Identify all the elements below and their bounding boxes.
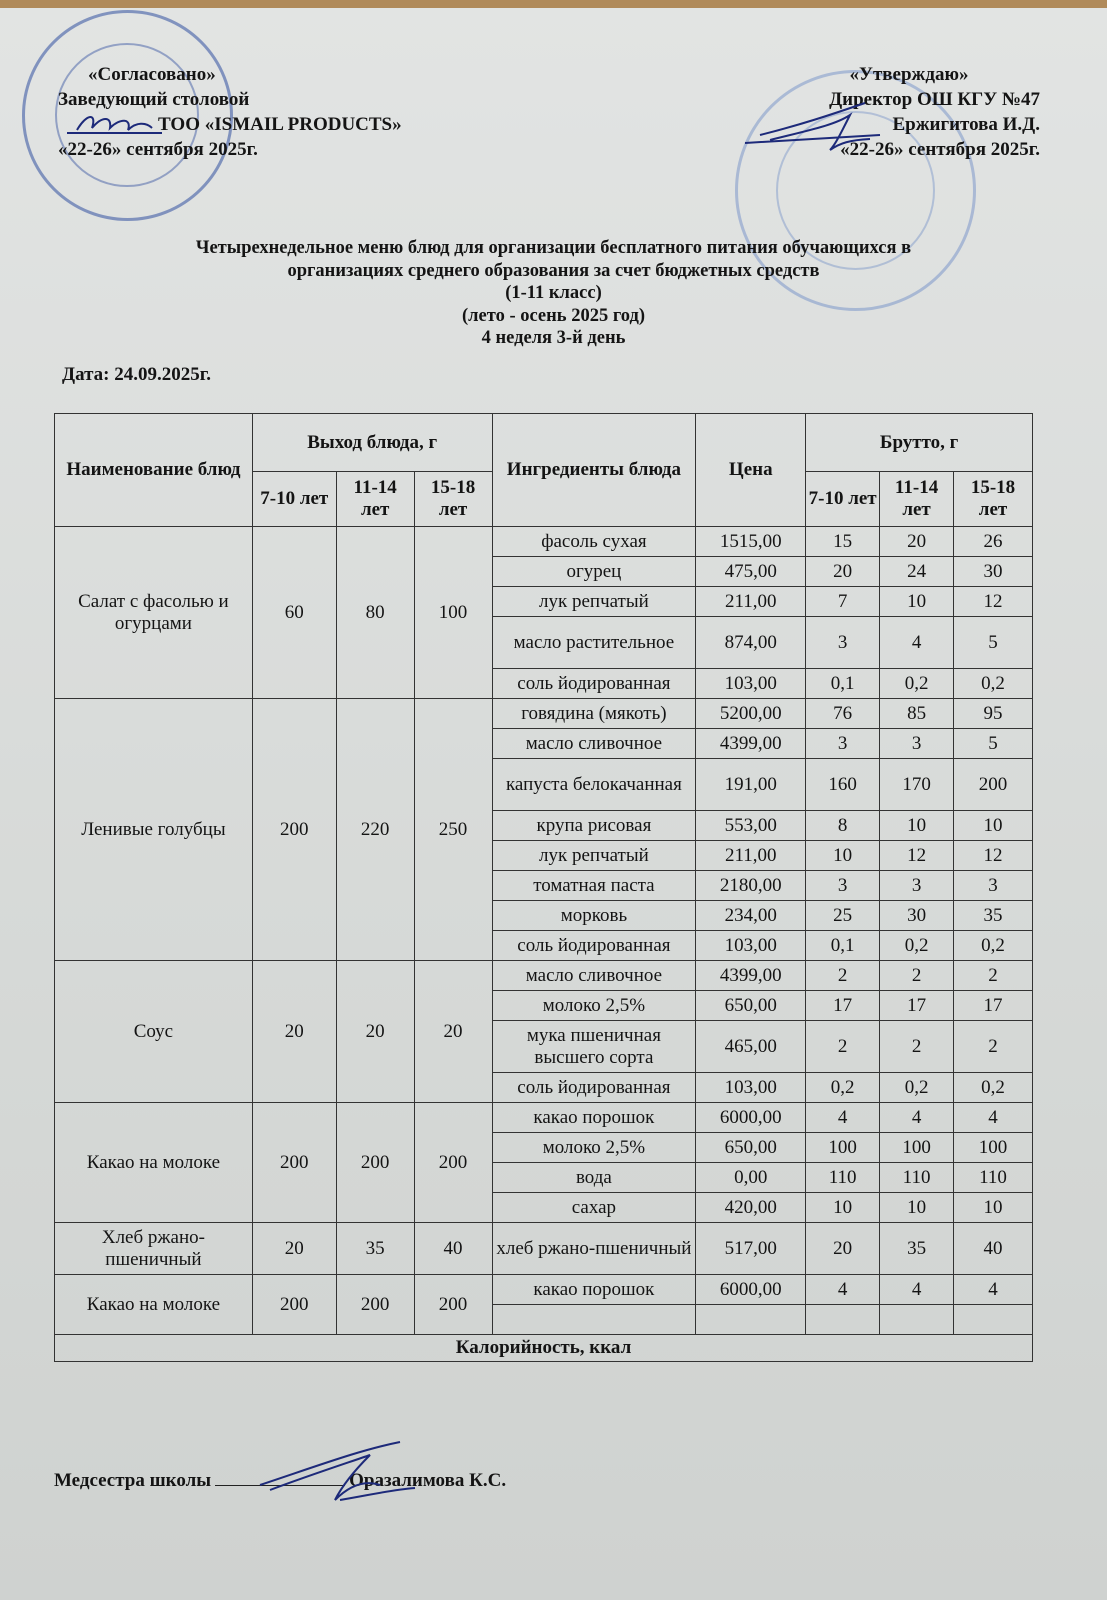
ingredient-gross: [880, 1305, 954, 1335]
title-line-1: Четырехнедельное меню блюд для организац…: [40, 237, 1067, 260]
ingredient-gross: 10: [954, 1193, 1033, 1223]
ingredient-gross: 3: [880, 729, 954, 759]
dish-name: Соус: [55, 961, 253, 1103]
ingredient-price: 5200,00: [696, 699, 806, 729]
ingredient-gross: 2: [880, 961, 954, 991]
ingredient-gross: 2: [806, 1021, 880, 1073]
table-row: Какао на молоке200200200какао порошок600…: [55, 1103, 1033, 1133]
header-price: Цена: [696, 414, 806, 527]
ingredient-gross: 10: [954, 811, 1033, 841]
ingredient-name: фасоль сухая: [492, 527, 696, 557]
dish-yield: 200: [336, 1103, 414, 1223]
ingredient-price: 6000,00: [696, 1275, 806, 1305]
ingredient-name: какао порошок: [492, 1103, 696, 1133]
header-dish-name: Наименование блюд: [55, 414, 253, 527]
menu-table-body: Салат с фасолью и огурцами6080100фасоль …: [55, 527, 1033, 1335]
dish-yield: 20: [252, 1223, 336, 1275]
ingredient-gross: 0,2: [880, 1073, 954, 1103]
ingredient-gross: 2: [806, 961, 880, 991]
ingredient-price: 475,00: [696, 557, 806, 587]
ingredient-gross: 4: [806, 1275, 880, 1305]
ingredient-gross: 3: [954, 871, 1033, 901]
ingredient-gross: 12: [954, 587, 1033, 617]
dish-name: Какао на молоке: [55, 1103, 253, 1223]
ingredient-gross: 12: [954, 841, 1033, 871]
ingredient-name: соль йодированная: [492, 1073, 696, 1103]
ingredient-price: 211,00: [696, 587, 806, 617]
dish-yield: 100: [414, 527, 492, 699]
ingredient-gross: 10: [806, 841, 880, 871]
ingredient-gross: 2: [954, 1021, 1033, 1073]
dish-yield: 200: [414, 1103, 492, 1223]
ingredient-gross: [954, 1305, 1033, 1335]
ingredient-price: 465,00: [696, 1021, 806, 1073]
dish-yield: 35: [336, 1223, 414, 1275]
ingredient-price: 103,00: [696, 931, 806, 961]
dish-yield: 200: [252, 1103, 336, 1223]
ingredient-name: [492, 1305, 696, 1335]
ingredient-name: крупа рисовая: [492, 811, 696, 841]
header-gross-age-2: 11-14 лет: [880, 472, 954, 527]
ingredient-name: лук репчатый: [492, 841, 696, 871]
header-yield-age-1: 7-10 лет: [252, 472, 336, 527]
ingredient-price: 6000,00: [696, 1103, 806, 1133]
ingredient-gross: 3: [806, 871, 880, 901]
ingredient-name: хлеб ржано-пшеничный: [492, 1223, 696, 1275]
dish-yield: 200: [414, 1275, 492, 1335]
dish-yield: 220: [336, 699, 414, 961]
dish-yield: 60: [252, 527, 336, 699]
ingredient-gross: 0,1: [806, 669, 880, 699]
ingredient-gross: 4: [806, 1103, 880, 1133]
title-line-5: 4 неделя 3-й день: [40, 327, 1067, 350]
ingredient-gross: 10: [880, 1193, 954, 1223]
ingredient-gross: 4: [880, 1103, 954, 1133]
ingredient-name: мука пшеничная высшего сорта: [492, 1021, 696, 1073]
header-yield-age-2: 11-14 лет: [336, 472, 414, 527]
title-line-2: организациях среднего образования за сче…: [40, 260, 1067, 283]
approval-right-heading: «Утверждаю»: [768, 62, 1040, 87]
ingredient-name: морковь: [492, 901, 696, 931]
ingredient-gross: 10: [880, 587, 954, 617]
ingredient-price: 1515,00: [696, 527, 806, 557]
ingredient-gross: 17: [880, 991, 954, 1021]
ingredient-gross: 0,2: [954, 669, 1033, 699]
ingredient-gross: 8: [806, 811, 880, 841]
ingredient-name: томатная паста: [492, 871, 696, 901]
ingredient-price: 4399,00: [696, 961, 806, 991]
ingredient-name: масло сливочное: [492, 729, 696, 759]
table-row: Ленивые голубцы200220250говядина (мякоть…: [55, 699, 1033, 729]
menu-table: Наименование блюд Выход блюда, г Ингреди…: [54, 413, 1033, 1362]
ingredient-price: 103,00: [696, 669, 806, 699]
ingredient-gross: 30: [954, 557, 1033, 587]
dish-yield: 80: [336, 527, 414, 699]
ingredient-price: 191,00: [696, 759, 806, 811]
signature-left-icon: [62, 108, 172, 138]
signature-nurse-icon: [240, 1440, 420, 1510]
ingredient-price: 4399,00: [696, 729, 806, 759]
ingredient-price: 874,00: [696, 617, 806, 669]
table-row: Хлеб ржано-пшеничный203540хлеб ржано-пше…: [55, 1223, 1033, 1275]
ingredient-gross: 0,2: [954, 931, 1033, 961]
ingredient-gross: 0,2: [806, 1073, 880, 1103]
dish-yield: 200: [252, 1275, 336, 1335]
ingredient-price: 553,00: [696, 811, 806, 841]
calories-row: Калорийность, ккал: [55, 1335, 1033, 1362]
ingredient-gross: 100: [880, 1133, 954, 1163]
ingredient-gross: 4: [880, 1275, 954, 1305]
table-row: Какао на молоке200200200какао порошок600…: [55, 1275, 1033, 1305]
header-gross-age-3: 15-18 лет: [954, 472, 1033, 527]
ingredient-name: говядина (мякоть): [492, 699, 696, 729]
title-line-4: (лето - осень 2025 год): [40, 305, 1067, 328]
dish-name: Салат с фасолью и огурцами: [55, 527, 253, 699]
dish-yield: 200: [336, 1275, 414, 1335]
ingredient-price: 0,00: [696, 1163, 806, 1193]
table-row: Соус202020масло сливочное4399,00222: [55, 961, 1033, 991]
ingredient-gross: 110: [806, 1163, 880, 1193]
header-ingredients: Ингредиенты блюда: [492, 414, 696, 527]
header-yield-age-3: 15-18 лет: [414, 472, 492, 527]
dish-name: Ленивые голубцы: [55, 699, 253, 961]
ingredient-gross: 2: [954, 961, 1033, 991]
dish-yield: 20: [414, 961, 492, 1103]
ingredient-price: 103,00: [696, 1073, 806, 1103]
ingredient-gross: 0,2: [880, 669, 954, 699]
ingredient-gross: 3: [806, 729, 880, 759]
dish-yield: 20: [336, 961, 414, 1103]
ingredient-price: 211,00: [696, 841, 806, 871]
ingredient-gross: 5: [954, 617, 1033, 669]
menu-date: Дата: 24.09.2025г.: [62, 364, 211, 386]
ingredient-gross: 7: [806, 587, 880, 617]
ingredient-gross: 12: [880, 841, 954, 871]
dish-yield: 20: [252, 961, 336, 1103]
ingredient-gross: 85: [880, 699, 954, 729]
dish-name: Хлеб ржано-пшеничный: [55, 1223, 253, 1275]
ingredient-name: капуста белокачанная: [492, 759, 696, 811]
ingredient-gross: 170: [880, 759, 954, 811]
dish-yield: 200: [252, 699, 336, 961]
document-title: Четырехнедельное меню блюд для организац…: [40, 237, 1067, 350]
ingredient-price: 420,00: [696, 1193, 806, 1223]
dish-name: Какао на молоке: [55, 1275, 253, 1335]
ingredient-gross: 5: [954, 729, 1033, 759]
dish-yield: 40: [414, 1223, 492, 1275]
ingredient-name: масло сливочное: [492, 961, 696, 991]
ingredient-gross: 3: [880, 871, 954, 901]
ingredient-price: 234,00: [696, 901, 806, 931]
dish-yield: 250: [414, 699, 492, 961]
ingredient-price: 2180,00: [696, 871, 806, 901]
ingredient-gross: [806, 1305, 880, 1335]
ingredient-name: сахар: [492, 1193, 696, 1223]
signature-right-icon: [740, 95, 890, 155]
title-line-3: (1-11 класс): [40, 282, 1067, 305]
ingredient-name: огурец: [492, 557, 696, 587]
ingredient-gross: 40: [954, 1223, 1033, 1275]
ingredient-gross: 0,2: [954, 1073, 1033, 1103]
ingredient-gross: 35: [954, 901, 1033, 931]
ingredient-gross: 26: [954, 527, 1033, 557]
ingredient-gross: 20: [806, 557, 880, 587]
ingredient-price: 650,00: [696, 991, 806, 1021]
header-gross-age-1: 7-10 лет: [806, 472, 880, 527]
ingredient-name: соль йодированная: [492, 931, 696, 961]
ingredient-gross: 76: [806, 699, 880, 729]
header-yield: Выход блюда, г: [252, 414, 492, 472]
ingredient-gross: 160: [806, 759, 880, 811]
ingredient-gross: 0,1: [806, 931, 880, 961]
ingredient-gross: 95: [954, 699, 1033, 729]
ingredient-gross: 35: [880, 1223, 954, 1275]
ingredient-gross: 10: [806, 1193, 880, 1223]
ingredient-gross: 10: [880, 811, 954, 841]
ingredient-gross: 17: [806, 991, 880, 1021]
ingredient-gross: 4: [954, 1275, 1033, 1305]
ingredient-name: какао порошок: [492, 1275, 696, 1305]
ingredient-gross: 17: [954, 991, 1033, 1021]
ingredient-gross: 4: [880, 617, 954, 669]
ingredient-gross: 30: [880, 901, 954, 931]
ingredient-name: масло растительное: [492, 617, 696, 669]
ingredient-gross: 0,2: [880, 931, 954, 961]
ingredient-gross: 110: [954, 1163, 1033, 1193]
nurse-role: Медсестра школы: [54, 1470, 211, 1491]
ingredient-gross: 25: [806, 901, 880, 931]
ingredient-name: лук репчатый: [492, 587, 696, 617]
approval-left-date: «22-26» сентября 2025г.: [58, 137, 402, 162]
ingredient-gross: 100: [806, 1133, 880, 1163]
ingredient-name: молоко 2,5%: [492, 991, 696, 1021]
ingredient-gross: 100: [954, 1133, 1033, 1163]
table-row: Салат с фасолью и огурцами6080100фасоль …: [55, 527, 1033, 557]
ingredient-gross: 20: [806, 1223, 880, 1275]
ingredient-gross: 15: [806, 527, 880, 557]
ingredient-gross: 3: [806, 617, 880, 669]
table-surface-edge: [0, 0, 1107, 8]
ingredient-gross: 20: [880, 527, 954, 557]
ingredient-price: [696, 1305, 806, 1335]
header-gross: Брутто, г: [806, 414, 1033, 472]
ingredient-gross: 24: [880, 557, 954, 587]
approval-left-heading: «Согласовано»: [58, 62, 402, 87]
ingredient-price: 517,00: [696, 1223, 806, 1275]
ingredient-name: соль йодированная: [492, 669, 696, 699]
ingredient-price: 650,00: [696, 1133, 806, 1163]
ingredient-gross: 200: [954, 759, 1033, 811]
ingredient-gross: 2: [880, 1021, 954, 1073]
ingredient-name: вода: [492, 1163, 696, 1193]
ingredient-name: молоко 2,5%: [492, 1133, 696, 1163]
ingredient-gross: 110: [880, 1163, 954, 1193]
ingredient-gross: 4: [954, 1103, 1033, 1133]
